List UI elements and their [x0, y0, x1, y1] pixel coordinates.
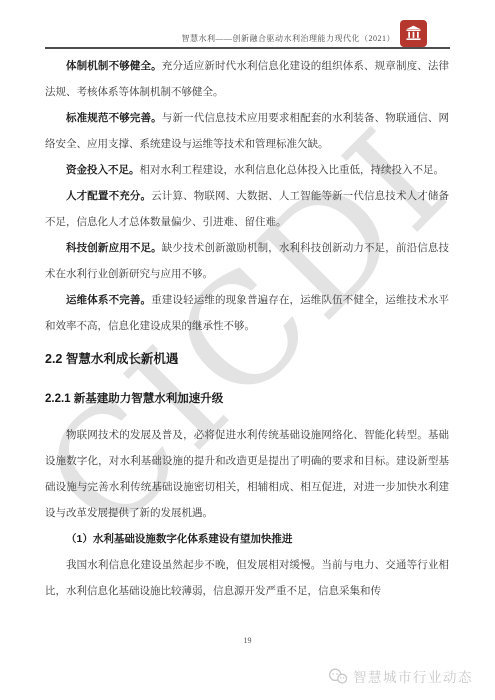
building-icon [403, 23, 424, 44]
paragraph-issue-5: 科技创新应用不足。缺少技术创新激励机制，水利科技创新动力不足，前沿信息技术在水利… [45, 235, 449, 287]
section-heading: 2.2 智慧水利成长新机遇 [45, 346, 449, 372]
document-page: 智慧水利——创新融合驱动水利治理能力现代化（2021） CICDI 体制机制不够… [0, 0, 495, 700]
paragraph-text: 相对水利工程建设，水利信息化总体投入比重低，持续投入不足。 [140, 164, 445, 176]
building-emblem-logo [400, 20, 427, 47]
numbered-subheading: （1）水利基础设施数字化体系建设有望加快推进 [45, 526, 449, 552]
paragraph-lead: 标准规范不够完善。 [66, 112, 162, 124]
footer-brand-label: 智慧城市行业动态 [353, 666, 473, 686]
page-number: 19 [0, 636, 495, 645]
document-body: 体制机制不够健全。充分适应新时代水利信息化建设的组织体系、规章制度、法律法规、考… [45, 53, 449, 604]
paragraph-lead: 资金投入不足。 [66, 164, 140, 176]
header-running-title: 智慧水利——创新融合驱动水利治理能力现代化（2021） [182, 33, 396, 44]
paragraph-opportunity: 物联网技术的发展及普及，必将促进水利传统基础设施网络化、智能化转型。基础设施数字… [45, 422, 449, 526]
wechat-icon [328, 668, 348, 685]
paragraph-lead: 体制机制不够健全。 [66, 60, 162, 72]
header-divider [45, 47, 450, 49]
subsection-heading: 2.2.1 新基建助力智慧水利加速升级 [45, 386, 449, 412]
paragraph-issue-2: 标准规范不够完善。与新一代信息技术应用要求相配套的水利装备、物联通信、网络安全、… [45, 105, 449, 157]
footer-brand: 智慧城市行业动态 [328, 666, 473, 686]
paragraph-issue-6: 运维体系不完善。重建设轻运维的现象普遍存在，运维队伍不健全，运维技术水平和效率不… [45, 287, 449, 339]
paragraph-lead: 运维体系不完善。 [66, 294, 151, 306]
paragraph-lead: 科技创新应用不足。 [66, 242, 162, 254]
paragraph-lead: 人才配置不充分。 [66, 190, 151, 202]
paragraph-issue-1: 体制机制不够健全。充分适应新时代水利信息化建设的组织体系、规章制度、法律法规、考… [45, 53, 449, 105]
paragraph-issue-3: 资金投入不足。相对水利工程建设，水利信息化总体投入比重低，持续投入不足。 [45, 157, 449, 183]
paragraph-issue-4: 人才配置不充分。云计算、物联网、大数据、人工智能等新一代信息技术人才储备不足，信… [45, 183, 449, 235]
paragraph-intro: 我国水利信息化建设虽然起步不晚，但发展相对缓慢。当前与电力、交通等行业相比，水利… [45, 552, 449, 604]
